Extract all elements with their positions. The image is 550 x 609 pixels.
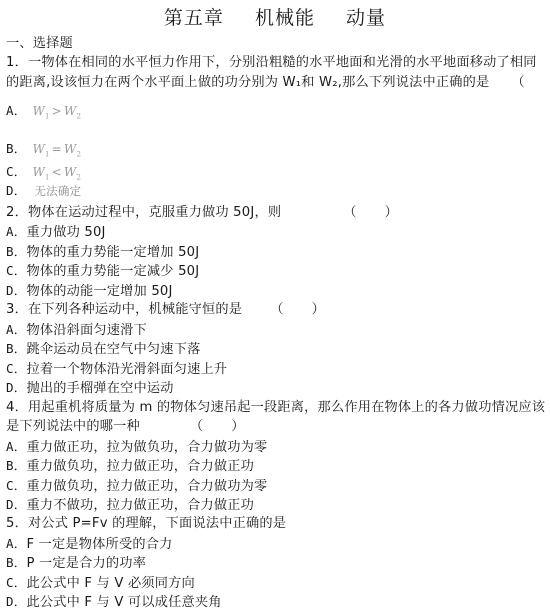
question-4-text-line-2: 是下列说法中的哪一种（） <box>6 417 245 436</box>
title-part: 机械能 <box>255 7 315 29</box>
answer-blank: （） <box>270 300 325 319</box>
formula-image: W1>W2 <box>32 104 81 118</box>
section-heading: 一、选择题 <box>6 34 73 53</box>
question-4-option-d: D．重力不做功，拉力做正功，合力做正功 <box>6 495 254 515</box>
question-1-option-b: B．W1=W2 <box>6 139 81 164</box>
question-4-option-b: B．重力做负功，拉力做正功，合力做正功 <box>6 456 254 476</box>
answer-blank: （） <box>190 417 245 436</box>
question-2-option-a: A．重力做功 50J <box>6 222 106 242</box>
question-3-option-c: C．拉着一个物体沿光滑斜面匀速上升 <box>6 359 227 379</box>
question-3-option-d: D．抛出的手榴弹在空中运动 <box>6 378 174 398</box>
question-4-option-a: A．重力做正功，拉为做负功，合力做功为零 <box>6 437 267 457</box>
title-part: 动量 <box>346 7 386 29</box>
question-2-text: 2．物体在运动过程中，克服重力做功 50J，则（） <box>6 203 398 222</box>
question-5-option-a: A．F 一定是物体所受的合力 <box>6 534 173 554</box>
question-2-option-d: D．物体的动能一定增加 50J <box>6 281 173 301</box>
question-4-option-c: C．重力做负功，拉力做正功，合力做功为零 <box>6 476 267 496</box>
formula-image: W1<W2 <box>32 165 81 179</box>
question-5-option-d: D．此公式中 F 与 V 可以成任意夹角 <box>6 592 222 609</box>
question-4-text-line-1: 4．用起重机将质量为 m 的物体匀速吊起一段距离，那么作用在物体上的各力做功情况… <box>6 398 545 417</box>
question-2-option-c: C．物体的重力势能一定减少 50J <box>6 261 199 281</box>
question-3-text: 3．在下列各种运动中，机械能守恒的是（） <box>6 300 325 319</box>
question-1-option-d: D．无法确定 <box>6 181 81 201</box>
question-3-option-b: B．跳伞运动员在空气中匀速下落 <box>6 339 200 359</box>
question-2-option-b: B．物体的重力势能一定增加 50J <box>6 242 199 262</box>
question-1-text-line-1: 1．一物体在相同的水平恒力作用下，分别沿粗糙的水平地面和光滑的水平地面移动了相同 <box>6 53 537 72</box>
question-3-option-a: A．物体沿斜面匀速滑下 <box>6 320 147 340</box>
question-1-option-a: A．W1>W2 <box>6 101 81 126</box>
answer-blank: （） <box>511 73 550 92</box>
question-5-text: 5．对公式 P=Fv 的理解，下面说法中正确的是 <box>6 514 286 533</box>
chapter-title: 第五章 机械能 动量 <box>0 3 550 30</box>
question-5-option-c: C．此公式中 F 与 V 必须同方向 <box>6 573 195 593</box>
formula-image: W1=W2 <box>32 142 81 156</box>
answer-blank: （） <box>343 203 398 222</box>
title-part: 第五章 <box>164 7 224 29</box>
question-5-option-b: B．P 一定是合力的功率 <box>6 553 146 573</box>
question-1-text-line-2: 的距离,设该恒力在两个水平面上做的功分别为 W₁和 W₂,那么下列说法中正确的是… <box>6 73 550 92</box>
